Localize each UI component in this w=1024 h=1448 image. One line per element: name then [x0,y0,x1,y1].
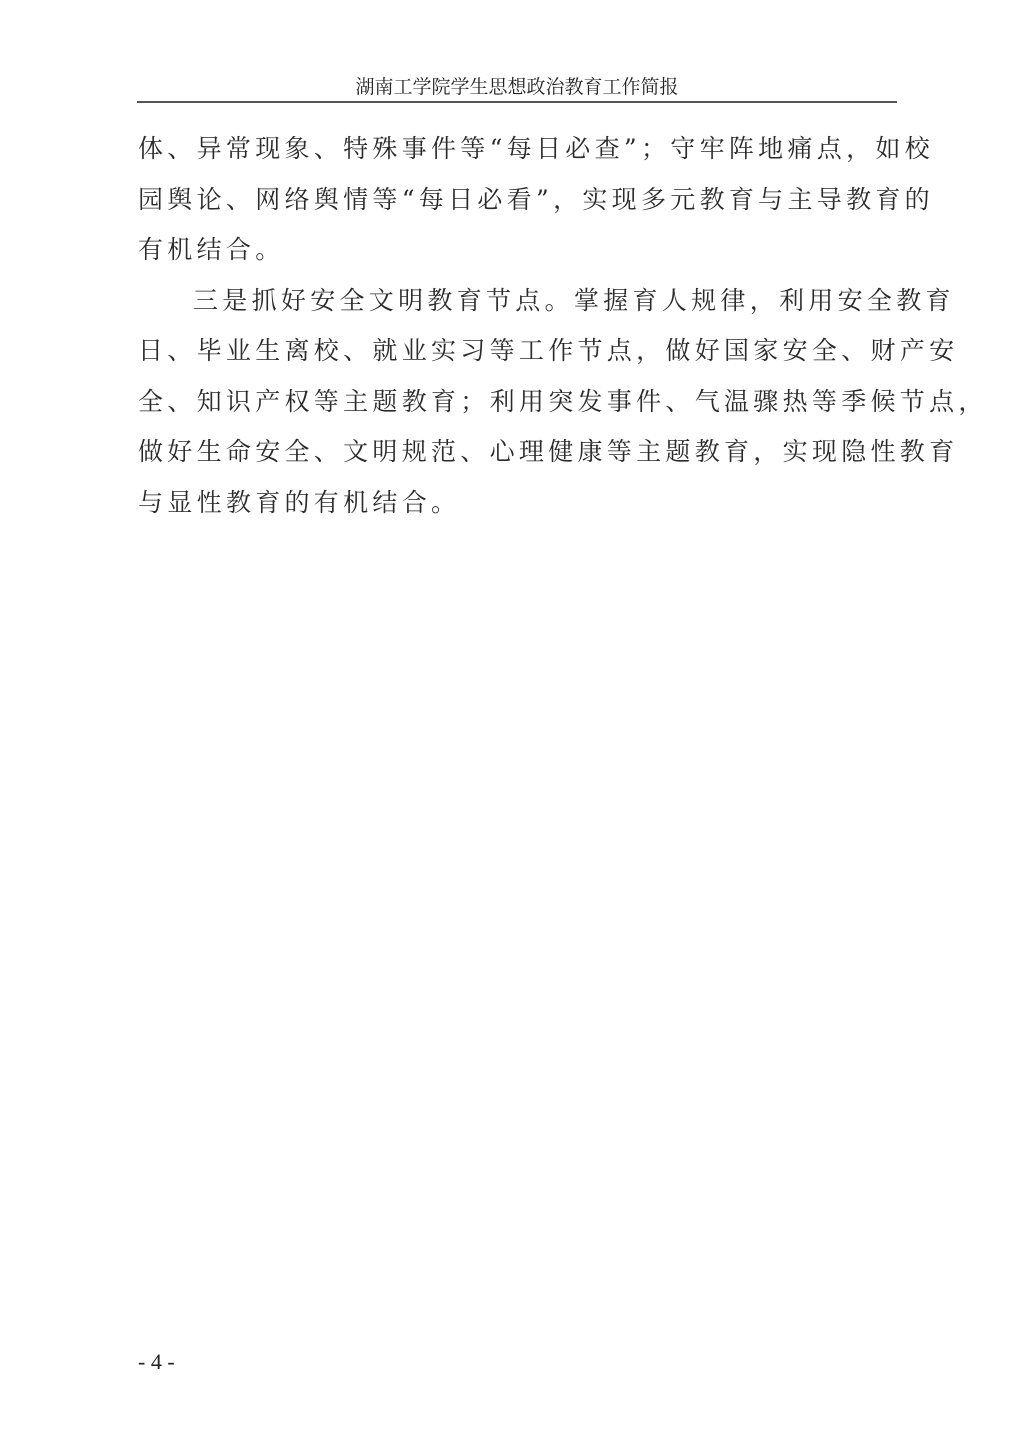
text-line: 体、异常现象、特殊事件等“每日必查”；守牢阵地痛点，如校 [138,124,898,175]
paragraph-safety-education: 三是抓好安全文明教育节点。掌握育人规律，利用安全教育 日、毕业生离校、就业实习等… [138,276,898,529]
running-header-title: 湖南工学院学生思想政治教育工作简报 [137,74,897,100]
text-line: 做好生命安全、文明规范、心理健康等主题教育，实现隐性教育 [138,427,898,478]
page-number: - 4 - [138,1349,175,1375]
document-page: 湖南工学院学生思想政治教育工作简报 体、异常现象、特殊事件等“每日必查”；守牢阵… [0,0,1024,1448]
text-line: 三是抓好安全文明教育节点。掌握育人规律，利用安全教育 [138,276,898,327]
text-line: 园舆论、网络舆情等“每日必看”，实现多元教育与主导教育的 [138,175,898,226]
text-line: 全、知识产权等主题教育；利用突发事件、气温骤热等季候节点， [138,377,898,428]
paragraph-continuation: 体、异常现象、特殊事件等“每日必查”；守牢阵地痛点，如校 园舆论、网络舆情等“每… [138,124,898,276]
header-divider [137,101,897,103]
document-body: 体、异常现象、特殊事件等“每日必查”；守牢阵地痛点，如校 园舆论、网络舆情等“每… [138,124,898,528]
text-line: 日、毕业生离校、就业实习等工作节点，做好国家安全、财产安 [138,326,898,377]
text-line: 有机结合。 [138,225,898,276]
text-line: 与显性教育的有机结合。 [138,478,898,529]
